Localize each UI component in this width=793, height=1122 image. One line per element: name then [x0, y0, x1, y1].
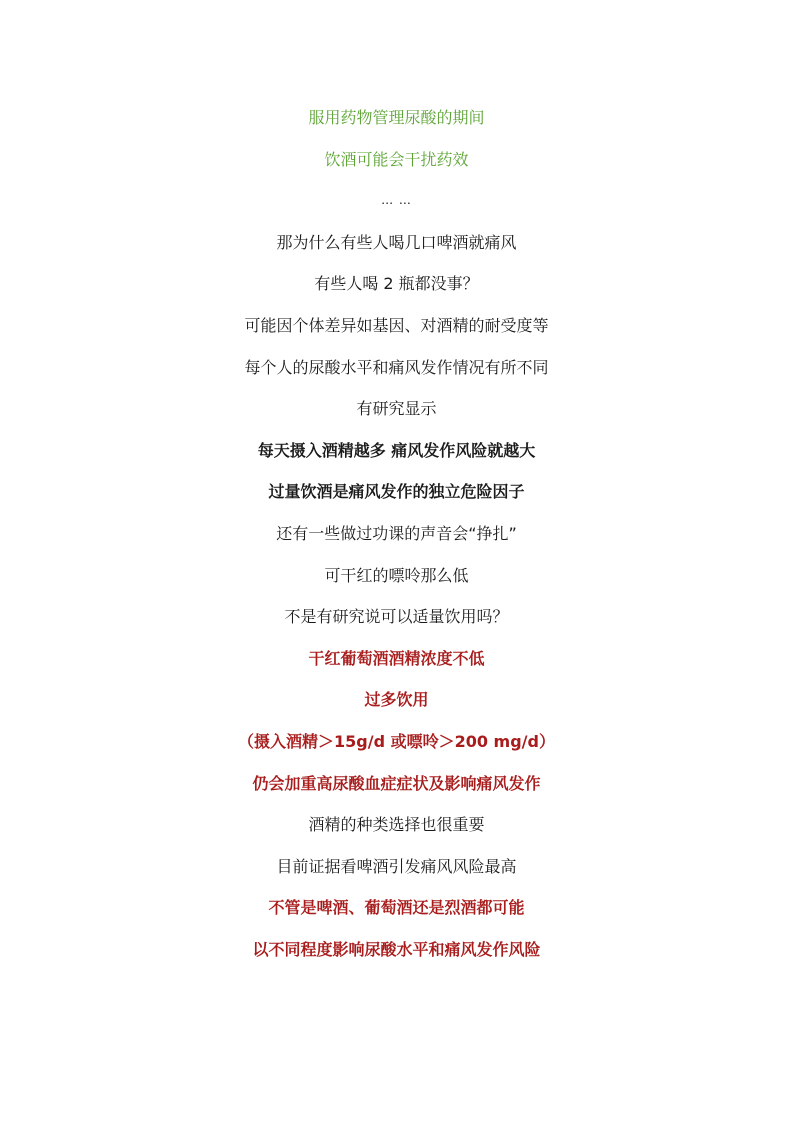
text-line-red: 不管是啤酒、葡萄酒还是烈酒都可能 — [0, 887, 793, 929]
text-line-green: 服用药物管理尿酸的期间 — [0, 97, 793, 139]
text-line: 还有一些做过功课的声音会“挣扎” — [0, 513, 793, 555]
text-line: 那为什么有些人喝几口啤酒就痛风 — [0, 222, 793, 264]
document-body: 服用药物管理尿酸的期间 饮酒可能会干扰药效 … … 那为什么有些人喝几口啤酒就痛… — [0, 97, 793, 970]
text-line-red: 干红葡萄酒酒精浓度不低 — [0, 638, 793, 680]
text-line-bold: 过量饮酒是痛风发作的独立危险因子 — [0, 471, 793, 513]
text-line: 酒精的种类选择也很重要 — [0, 804, 793, 846]
text-line: 每个人的尿酸水平和痛风发作情况有所不同 — [0, 347, 793, 389]
text-line: 目前证据看啤酒引发痛风风险最高 — [0, 846, 793, 888]
text-line-red: （摄入酒精＞15g/d 或嘌呤＞200 mg/d） — [0, 721, 793, 763]
text-line: 可干红的嘌呤那么低 — [0, 555, 793, 597]
text-line: 有些人喝 2 瓶都没事？ — [0, 263, 793, 305]
text-line-red: 仍会加重高尿酸血症症状及影响痛风发作 — [0, 763, 793, 805]
text-line: 有研究显示 — [0, 388, 793, 430]
text-line-red: 过多饮用 — [0, 679, 793, 721]
ellipsis-line: … … — [0, 180, 793, 222]
text-line-red: 以不同程度影响尿酸水平和痛风发作风险 — [0, 929, 793, 971]
text-line-green: 饮酒可能会干扰药效 — [0, 139, 793, 181]
text-line: 可能因个体差异如基因、对酒精的耐受度等 — [0, 305, 793, 347]
text-line: 不是有研究说可以适量饮用吗？ — [0, 596, 793, 638]
text-line-bold: 每天摄入酒精越多 痛风发作风险就越大 — [0, 430, 793, 472]
